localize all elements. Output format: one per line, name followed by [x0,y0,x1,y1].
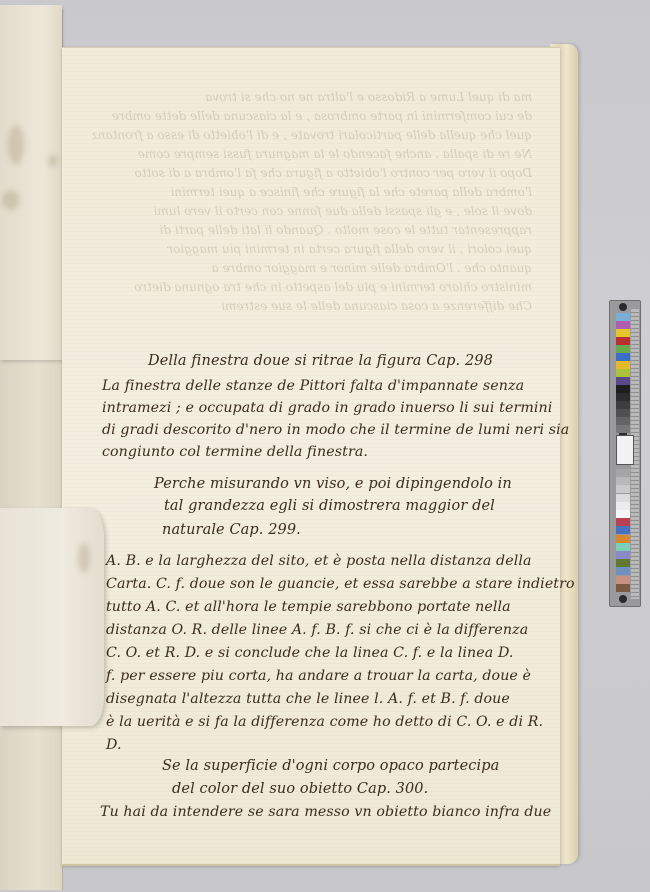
color-patch [616,425,630,433]
bleed-line: l'ombra della parete che la figure che f… [92,183,532,202]
chapter-298-title: Della finestra doue si ritrae la figura … [148,353,493,369]
color-patch [616,518,630,526]
color-patch [616,337,630,345]
color-patch [616,353,630,361]
bleed-line: ministro chiaro termini e piu del aspett… [92,278,532,297]
bleed-line: quanto che . l'Ombra delle minor e maggi… [92,259,532,278]
color-patch [616,409,630,417]
text-line: f. per essere piu corta, ha andare a tro… [106,668,531,684]
color-patch [616,576,630,584]
stain [8,125,24,165]
color-patch [616,485,630,493]
stain [78,543,90,573]
color-patch [616,377,630,385]
color-patch [616,369,630,377]
stain [48,155,58,167]
color-patch [616,345,630,353]
color-patch [616,385,630,393]
color-patch [616,469,630,477]
mount-hole [619,303,627,311]
color-patch [616,526,630,534]
mount-hole [619,595,627,603]
color-patch [616,393,630,401]
color-patch [616,417,630,425]
color-patch [616,494,630,502]
stain [2,190,20,210]
color-patch [616,543,630,551]
text-line: A. B. e la larghezza del sito, et è post… [106,553,532,569]
text-line: di gradi descorito d'nero in modo che il… [102,422,569,438]
chapter-299-title-line: Perche misurando vn viso, e poi dipingen… [154,476,512,492]
color-patch [616,401,630,409]
chapter-300-title-line: Se la superficie d'ogni corpo opaco part… [162,758,499,774]
manuscript-page: ma di quel Lume a Ridosso e l'altra ne n… [62,47,560,866]
text-line: è la uerità e si fa la differenza come h… [106,714,543,730]
color-patch [616,567,630,575]
text-line: intramezi ; e occupata di grado in grado… [102,400,552,416]
color-patch [616,321,630,329]
text-line: Carta. C. f. doue son le guancie, et ess… [106,576,575,592]
color-calibration-target [609,300,641,607]
color-patch [616,477,630,485]
color-patch [616,313,630,321]
bleed-line: Dopo il vero per contro l'obietto a figu… [92,164,532,183]
text-line: La finestra delle stanze de Pittori falt… [102,378,524,394]
color-patch [616,559,630,567]
text-line: distanza O. R. delle linee A. f. B. f. s… [106,622,528,638]
bleed-line: Ne re di spalla . anche facendo le la ma… [92,145,532,164]
color-patch [616,361,630,369]
bleed-line: ma di quel Lume a Ridosso e l'altra ne n… [92,88,532,107]
chapter-300-title-line: del color del suo obietto Cap. 300. [172,781,428,797]
paper-slip-bookmark [0,508,104,726]
text-line: congiunto col termine della finestra. [102,444,368,460]
bleed-line: dove il sole , e gli spassi della due fa… [92,202,532,221]
text-line: D. [106,737,122,753]
color-patch [616,584,630,592]
color-patch [616,502,630,510]
color-patch [616,551,630,559]
text-line: tutto A. C. et all'hora le tempie sarebb… [106,599,511,615]
bleed-line: rappresentar tutte le cose molto . Quand… [92,221,532,240]
chapter-299-title-line: naturale Cap. 299. [162,522,301,538]
color-patch [616,510,630,518]
chapter-299-title-line: tal grandezza egli si dimostrera maggior… [164,498,495,514]
calibration-label [616,435,634,465]
text-line: Tu hai da intendere se sara messo vn obi… [100,804,551,820]
bleed-line: quel che quella delle particolari trovat… [92,126,532,145]
bleed-through-text: ma di quel Lume a Ridosso e l'altra ne n… [92,88,532,316]
bleed-line: de cui comfermini in parte ombrosa , e l… [92,107,532,126]
color-patch [616,329,630,337]
color-patch [616,535,630,543]
bleed-line: quei colori , il vero della figura certa… [92,240,532,259]
bleed-line: Che differenze a cosa ciascuna delle le … [92,297,532,316]
text-line: C. O. et R. D. e si conclude che la line… [106,645,514,661]
left-folded-leaf [0,5,62,360]
text-line: disegnata l'altezza tutta che le linee l… [106,691,510,707]
